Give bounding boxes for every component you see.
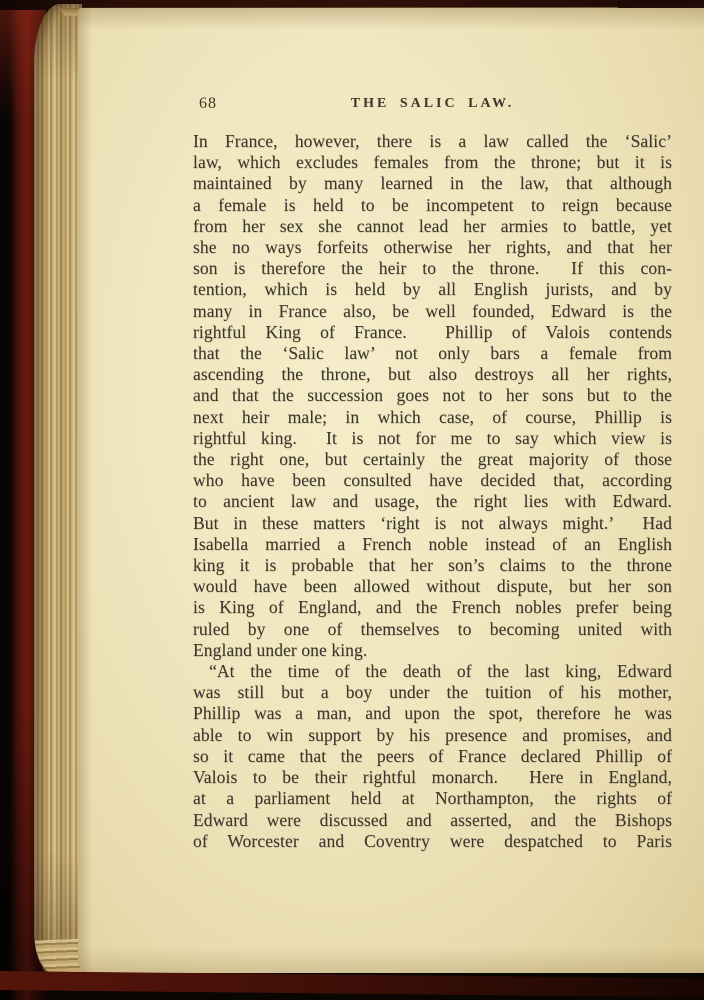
book-photo: 68 THE SALIC LAW. In France, however, th… (0, 0, 704, 1000)
text-line: from her sex she cannot lead her armies … (193, 216, 672, 237)
text-line: of Worcester and Coventry were despatche… (193, 831, 672, 852)
text-line: many in France also, be well founded, Ed… (193, 301, 672, 322)
page-edges-left (34, 4, 82, 986)
text-line: would have been allowed without dispute,… (193, 576, 672, 597)
text-line: to ancient law and usage, the right lies… (193, 491, 672, 512)
text-line: rightful King of France. Phillip of Valo… (193, 322, 672, 343)
paragraph-death-of-last-king: “At the time of the death of the last ki… (193, 661, 672, 852)
text-line: is King of England, and the French noble… (193, 597, 672, 618)
text-line: ruled by one of themselves to becoming u… (193, 619, 672, 640)
text-line: “At the time of the death of the last ki… (193, 661, 672, 682)
text-line: was still but a boy under the tuition of… (193, 682, 672, 703)
text-line: a female is held to be incompetent to re… (193, 195, 672, 216)
text-line: able to win support by his presence and … (193, 725, 672, 746)
text-line: ascending the throne, but also destroys … (193, 364, 672, 385)
text-line: tention, which is held by all English ju… (193, 279, 672, 300)
book-cover-bottom (0, 971, 704, 997)
text-line: at a parliament held at Northampton, the… (193, 788, 672, 809)
page-text: In France, however, there is a law calle… (193, 131, 672, 852)
text-line: rightful king. It is not for me to say w… (193, 428, 672, 449)
text-line: son is therefore the heir to the throne.… (193, 258, 672, 279)
running-head: THE SALIC LAW. (193, 96, 672, 112)
text-line: and that the succession goes not to her … (193, 385, 672, 406)
text-line: Edward were discussed and asserted, and … (193, 810, 672, 831)
book-page: 68 THE SALIC LAW. In France, however, th… (78, 8, 704, 973)
text-line: In France, however, there is a law calle… (193, 131, 672, 152)
text-line: law, which excludes females from the thr… (193, 152, 672, 173)
text-line: maintained by many learned in the law, t… (193, 173, 672, 194)
text-line: so it came that the peers of France decl… (193, 746, 672, 767)
text-line: king it is probable that her son’s claim… (193, 555, 672, 576)
text-line: that the ‘Salic law’ not only bars a fem… (193, 343, 672, 364)
text-line: Phillip was a man, and upon the spot, th… (193, 703, 672, 724)
text-line: she no ways forfeits otherwise her right… (193, 237, 672, 258)
text-line: England under one king. (193, 640, 672, 661)
text-line: Valois to be their rightful monarch. Her… (193, 767, 672, 788)
text-line: the right one, but certainly the great m… (193, 449, 672, 470)
paragraph-salic-law: In France, however, there is a law calle… (193, 131, 672, 661)
text-line: next heir male; in which case, of course… (193, 407, 672, 428)
text-line: who have been consulted have decided tha… (193, 470, 672, 491)
page-header: 68 THE SALIC LAW. (193, 95, 672, 115)
text-line: Isabella married a French noble instead … (193, 534, 672, 555)
text-line: But in these matters ‘right is not alway… (193, 513, 672, 534)
